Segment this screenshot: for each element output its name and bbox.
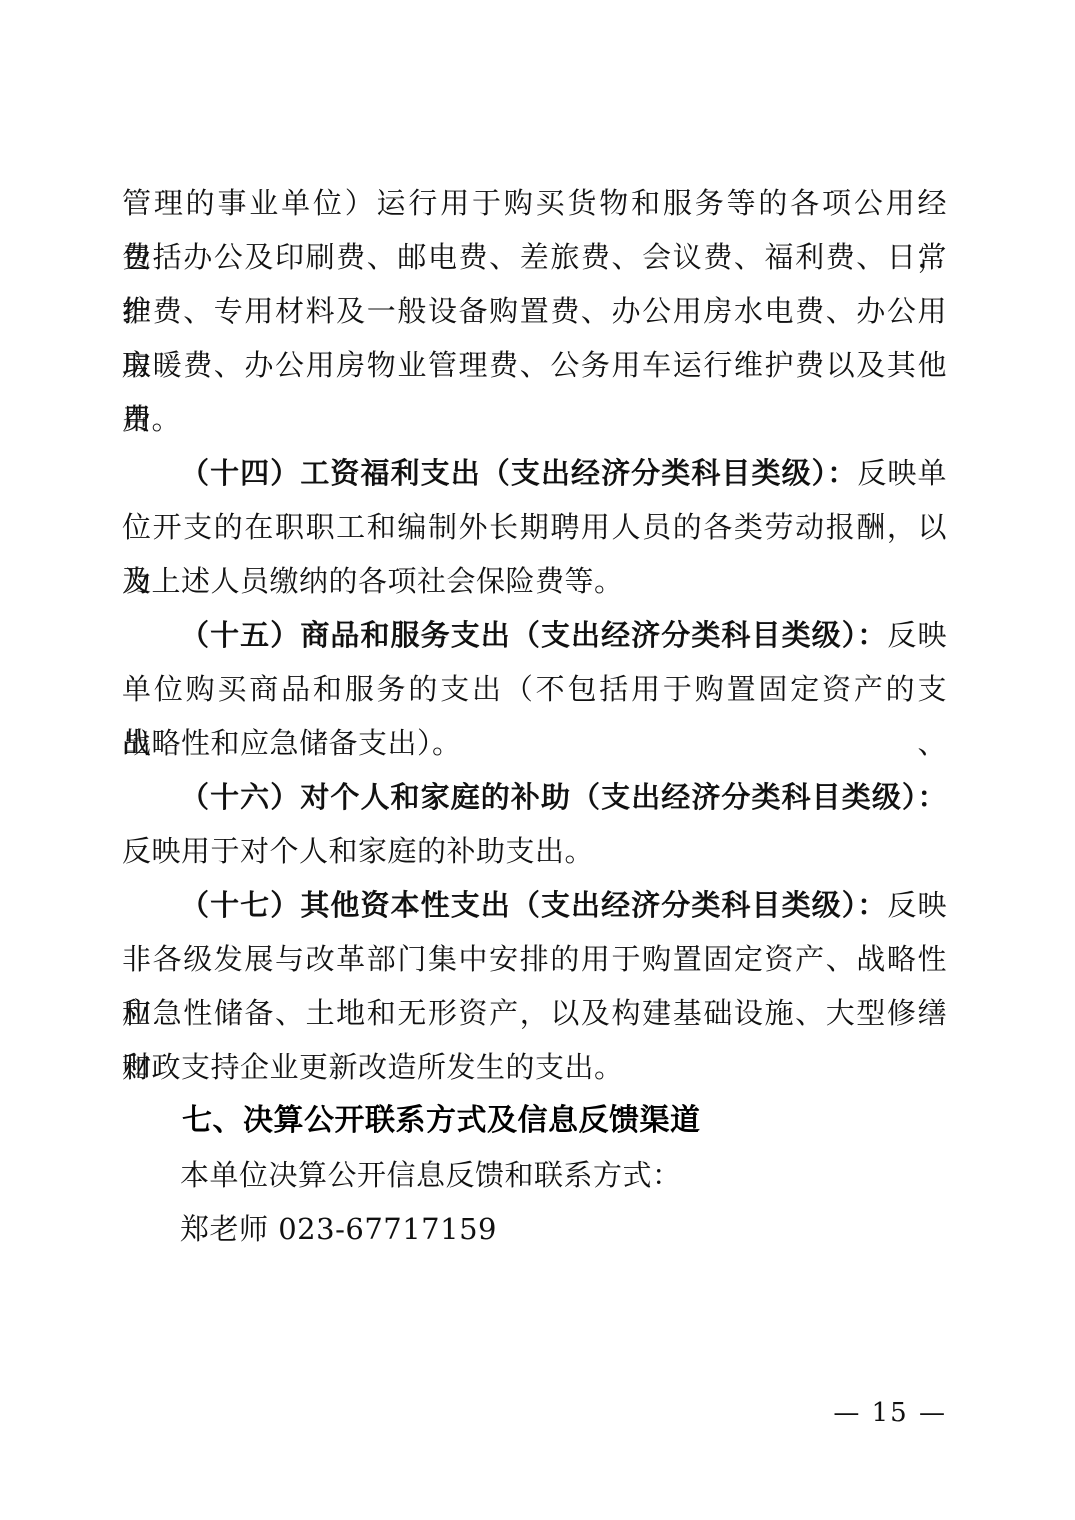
section-title-bold-lead: （十七）其他资本性支出（支出经济分类科目类级）： xyxy=(180,888,887,922)
line-text: 反映单 xyxy=(857,456,947,490)
text-line: 取暖费、办公用房物业管理费、公务用车运行维护费以及其他费 xyxy=(122,338,947,392)
document-content: 管理的事业单位）运行用于购买货物和服务等的各项公用经费，包括办公及印刷费、邮电费… xyxy=(122,176,947,1256)
paragraph: 管理的事业单位）运行用于购买货物和服务等的各项公用经费，包括办公及印刷费、邮电费… xyxy=(122,176,947,446)
line-text: 反映用于对个人和家庭的补助支出。 xyxy=(122,834,594,868)
text-line: 反映用于对个人和家庭的补助支出。 xyxy=(122,824,947,878)
paragraph: （十六）对个人和家庭的补助（支出经济分类科目类级）：反映用于对个人和家庭的补助支… xyxy=(122,770,947,878)
line-text: 郑老师 023-67717159 xyxy=(180,1212,497,1246)
text-line: 应急性储备、土地和无形资产，以及构建基础设施、大型修缮和 xyxy=(122,986,947,1040)
text-line: 郑老师 023-67717159 xyxy=(122,1202,947,1256)
paragraph: （十五）商品和服务支出（支出经济分类科目类级）：反映单位购买商品和服务的支出（不… xyxy=(122,608,947,770)
section-title-bold-lead: （十六）对个人和家庭的补助（支出经济分类科目类级）： xyxy=(180,780,947,814)
text-line: 位开支的在职职工和编制外长期聘用人员的各类劳动报酬，以及 xyxy=(122,500,947,554)
line-text: 战略性和应急储备支出）。 xyxy=(122,726,462,760)
section-title-bold-lead: （十四）工资福利支出（支出经济分类科目类级）： xyxy=(180,456,857,490)
text-line: 单位购买商品和服务的支出（不包括用于购置固定资产的支出、 xyxy=(122,662,947,716)
line-text: 反映 xyxy=(887,618,947,652)
text-line: 非各级发展与改革部门集中安排的用于购置固定资产、战略性和 xyxy=(122,932,947,986)
page-number: — 15 — xyxy=(833,1398,947,1428)
paragraph: 本单位决算公开信息反馈和联系方式： xyxy=(122,1148,947,1202)
text-line: （十六）对个人和家庭的补助（支出经济分类科目类级）： xyxy=(122,770,947,824)
section-heading: 七、决算公开联系方式及信息反馈渠道 xyxy=(122,1094,947,1148)
paragraph: （十四）工资福利支出（支出经济分类科目类级）：反映单位开支的在职职工和编制外长期… xyxy=(122,446,947,608)
text-line: （十五）商品和服务支出（支出经济分类科目类级）：反映 xyxy=(122,608,947,662)
line-text: 反映 xyxy=(887,888,947,922)
line-text: 用。 xyxy=(122,402,181,436)
line-text: 七、决算公开联系方式及信息反馈渠道 xyxy=(182,1103,701,1138)
line-text: 本单位决算公开信息反馈和联系方式： xyxy=(180,1158,682,1192)
text-line: 管理的事业单位）运行用于购买货物和服务等的各项公用经费， xyxy=(122,176,947,230)
line-text: 财政支持企业更新改造所发生的支出。 xyxy=(122,1050,624,1084)
paragraph: 郑老师 023-67717159 xyxy=(122,1202,947,1256)
text-line: 包括办公及印刷费、邮电费、差旅费、会议费、福利费、日常维 xyxy=(122,230,947,284)
paragraph: （十七）其他资本性支出（支出经济分类科目类级）：反映非各级发展与改革部门集中安排… xyxy=(122,878,947,1094)
line-text: 为上述人员缴纳的各项社会保险费等。 xyxy=(122,564,624,598)
text-line: 护费、专用材料及一般设备购置费、办公用房水电费、办公用房 xyxy=(122,284,947,338)
text-line: （十七）其他资本性支出（支出经济分类科目类级）：反映 xyxy=(122,878,947,932)
text-line: 用。 xyxy=(122,392,947,446)
document-page: 管理的事业单位）运行用于购买货物和服务等的各项公用经费，包括办公及印刷费、邮电费… xyxy=(0,0,1075,1520)
text-line: 本单位决算公开信息反馈和联系方式： xyxy=(122,1148,947,1202)
text-line: 为上述人员缴纳的各项社会保险费等。 xyxy=(122,554,947,608)
text-line: 财政支持企业更新改造所发生的支出。 xyxy=(122,1040,947,1094)
section-title-bold-lead: （十五）商品和服务支出（支出经济分类科目类级）： xyxy=(180,618,887,652)
text-line: （十四）工资福利支出（支出经济分类科目类级）：反映单 xyxy=(122,446,947,500)
text-line: 七、决算公开联系方式及信息反馈渠道 xyxy=(122,1094,947,1148)
